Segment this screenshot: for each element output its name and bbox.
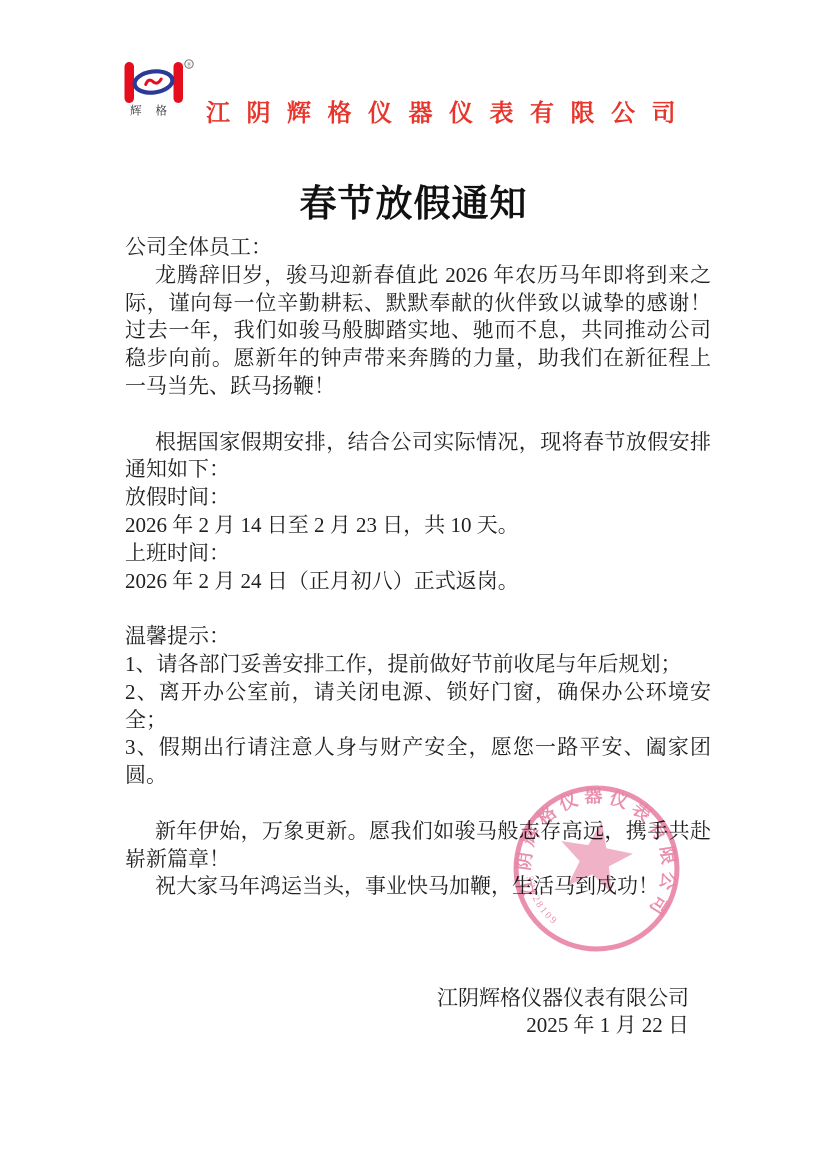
tip-item: 2、离开办公室前，请关闭电源、锁好门窗，确保办公环境安全； (125, 679, 711, 735)
signature-date: 2025 年 1 月 22 日 (125, 1012, 689, 1040)
opening-paragraph: 龙腾辞旧岁，骏马迎新春值此 2026 年农历马年即将到来之际，谨向每一位辛勤耕耘… (125, 262, 711, 401)
signature-company: 江阴辉格仪器仪表有限公司 (125, 985, 689, 1013)
tip-item: 1、请各部门妥善安排工作，提前做好节前收尾与年后规划； (125, 651, 711, 679)
svg-text:®: ® (187, 61, 192, 68)
signature-block: 江阴辉格仪器仪表有限公司 2025 年 1 月 22 日 (125, 985, 711, 1041)
work-time-label: 上班时间： (125, 540, 711, 568)
seal-star-icon (554, 815, 638, 896)
salutation: 公司全体员工： (125, 234, 711, 262)
holiday-time-label: 放假时间： (125, 484, 711, 512)
work-time-value: 2026 年 2 月 24 日（正月初八）正式返岗。 (125, 568, 711, 596)
registered-trademark-icon: ® (185, 60, 193, 69)
document-page: ® 辉格 江阴辉格仪器仪表有限公司 春节放假通知 公司全体员工： 龙腾辞旧岁，骏… (0, 0, 827, 1169)
company-seal: 江阴辉格仪器仪表有限公司 32028109 (508, 780, 685, 957)
arrangement-paragraph: 根据国家假期安排，结合公司实际情况，现将春节放假安排通知如下： (125, 429, 711, 485)
doc-title: 春节放假通知 (0, 173, 827, 227)
blank-line (125, 401, 711, 429)
company-name-header: 江阴辉格仪器仪表有限公司 (206, 93, 692, 128)
tips-title: 温馨提示： (125, 623, 711, 651)
blank-line (125, 595, 711, 623)
logo-right-bar (174, 62, 184, 103)
holiday-time-value: 2026 年 2 月 14 日至 2 月 23 日，共 10 天。 (125, 512, 711, 540)
logo-text: 辉格 (130, 104, 181, 118)
huige-logo: ® 辉格 (112, 52, 212, 137)
